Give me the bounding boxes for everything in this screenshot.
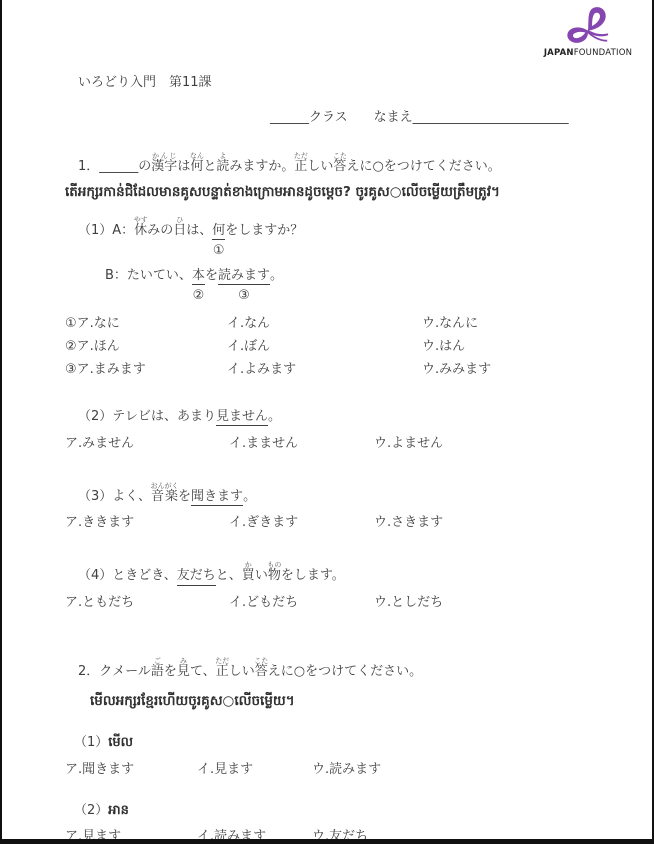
- question-4-sentence: （4）ときどき、友だちと、買かい物ものをします。: [65, 561, 612, 586]
- section-2: 2．クメール語ごを見みて、正ただしい答こたえに○をつけてください。 មើលអក្…: [65, 657, 612, 844]
- section-1: 1．______の漢字かんじは何なんと読よみますか。正ただしい答こたえに○をつけ…: [65, 152, 612, 614]
- section-2-heading: 2．クメール語ごを見みて、正ただしい答こたえに○をつけてください。: [65, 657, 612, 682]
- option-row-1: ①ア.なに イ.なん ウ.なんに: [65, 314, 612, 334]
- option-i: イ.ぎきます: [229, 513, 374, 533]
- page-title: いろどり入門 第11課: [65, 74, 612, 93]
- option-cell: ②ア.ほん: [65, 337, 227, 357]
- question-label: （1）មើល: [74, 734, 612, 753]
- option-u: ウ.みみます: [422, 360, 491, 380]
- option-i: イ.どもだち: [229, 593, 374, 613]
- option-u: ウ.はん: [422, 337, 465, 357]
- question-3-options: ア.ききます イ.ぎきます ウ.さきます: [65, 513, 612, 533]
- question-2: （2）テレビは、あまり見ません。 ア.みません イ.まません ウ.よません: [65, 408, 612, 454]
- option-u: ウ.としだち: [374, 593, 443, 613]
- logo-wordmark-japan: JAPAN: [544, 48, 574, 58]
- section-2-khmer-instruction: មើលអក្សរខ្មែរហើយចូរគូស○លើចម្លើយ។: [90, 692, 612, 712]
- circled-number: ③: [65, 362, 77, 377]
- option-cell: ①ア.なに: [65, 314, 227, 334]
- section-1-khmer-instruction: តើអក្សរកាន់ជិដែលមានគូសបន្ទាត់ខាងក្រោមអាន…: [65, 183, 612, 203]
- dialogue-line-b: B：たいてい、本②を読みます③。: [105, 267, 612, 286]
- question-label: （2）អាន: [74, 802, 612, 821]
- option-i: イ.まません: [229, 434, 374, 454]
- option-i: イ.見ます: [197, 760, 312, 780]
- question-options: ア.聞きます イ.見ます ウ.読みます: [65, 760, 612, 780]
- option-a: ア.まみます: [77, 362, 146, 377]
- circled-number: ①: [65, 316, 77, 331]
- circled-number: ②: [65, 339, 77, 354]
- option-i: イ.よみます: [227, 360, 422, 380]
- numbered-options: ①ア.なに イ.なん ウ.なんに ②ア.ほん イ.ぼん ウ.はん ③ア.まみます…: [65, 314, 612, 380]
- worksheet-page: JAPANFOUNDATION いろどり入門 第11課 ______クラス なま…: [0, 0, 654, 844]
- option-u: ウ.なんに: [422, 314, 478, 334]
- option-a: ア.みません: [65, 434, 229, 454]
- option-a: ア.ききます: [65, 513, 229, 533]
- option-a: ア.なに: [77, 316, 120, 331]
- option-i: イ.なん: [227, 314, 422, 334]
- question-4-options: ア.ともだち イ.どもだち ウ.としだち: [65, 593, 612, 613]
- question-2-options: ア.みません イ.まません ウ.よません: [65, 434, 612, 454]
- logo-wordmark-foundation: FOUNDATION: [574, 48, 632, 58]
- logo-wordmark: JAPANFOUNDATION: [530, 48, 646, 58]
- option-a: ア.聞きます: [65, 760, 197, 780]
- japan-foundation-logo: JAPANFOUNDATION: [530, 6, 646, 58]
- question-4: （4）ときどき、友だちと、買かい物ものをします。 ア.ともだち イ.どもだち ウ…: [65, 561, 612, 613]
- option-i: イ.ぼん: [227, 337, 422, 357]
- question-options: ア.見ます イ.読みます ウ.友だち: [65, 827, 612, 844]
- option-row-3: ③ア.まみます イ.よみます ウ.みみます: [65, 360, 612, 380]
- section-1-heading: 1．______の漢字かんじは何なんと読よみますか。正ただしい答こたえに○をつけ…: [65, 152, 612, 177]
- option-row-2: ②ア.ほん イ.ぼん ウ.はん: [65, 337, 612, 357]
- question-3-sentence: （3）よく、音楽おんがくを聞きます。: [65, 482, 612, 507]
- option-u: ウ.よません: [374, 434, 443, 454]
- question-2-sentence: （2）テレビは、あまり見ません。: [65, 408, 612, 427]
- option-a: ア.見ます: [65, 827, 197, 844]
- document-content: いろどり入門 第11課 ______クラス なまえ_______________…: [2, 0, 652, 844]
- section-2-question-1: （1）មើល ア.聞きます イ.見ます ウ.読みます: [65, 734, 612, 780]
- option-u: ウ.さきます: [374, 513, 443, 533]
- class-name-blank-line: ______クラス なまえ________________________: [270, 109, 612, 128]
- question-3: （3）よく、音楽おんがくを聞きます。 ア.ききます イ.ぎきます ウ.さきます: [65, 482, 612, 534]
- section-2-question-2: （2）អាន ア.見ます イ.読みます ウ.友だち: [65, 802, 612, 844]
- option-u: ウ.読みます: [312, 760, 381, 780]
- dialogue-line-a: （1）A：休やすみの日ひは、何①をしますか？: [78, 216, 612, 241]
- butterfly-flower-icon: [566, 6, 610, 48]
- option-i: イ.読みます: [197, 827, 312, 844]
- option-cell: ③ア.まみます: [65, 360, 227, 380]
- option-a: ア.ともだち: [65, 593, 229, 613]
- option-u: ウ.友だち: [312, 827, 368, 844]
- option-a: ア.ほん: [77, 339, 120, 354]
